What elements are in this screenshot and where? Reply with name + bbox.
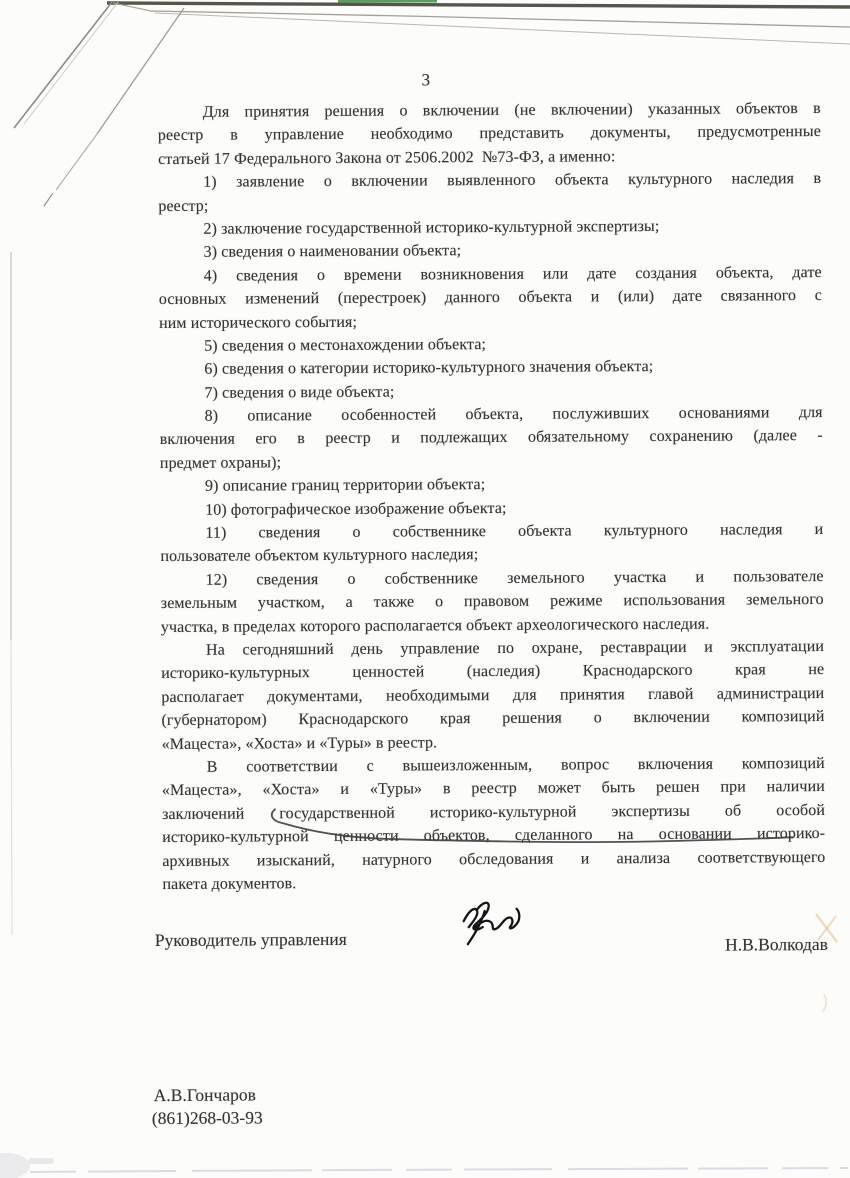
scanned-document-page: 3 Для принятия решения о включении (не в… bbox=[0, 0, 850, 1178]
text-line: (губернатором) Краснодарского края решен… bbox=[161, 705, 824, 732]
signatory-name: Н.В.Волкодав bbox=[693, 934, 828, 956]
text-line: архивных изысканий, натурного обследован… bbox=[162, 845, 825, 872]
page-number: 3 bbox=[421, 70, 430, 90]
signatory-role: Руководитель управления bbox=[155, 929, 347, 951]
text-line: земельным участком, а также о правовом р… bbox=[161, 588, 824, 615]
document-body: Для принятия решения о включении (не вкл… bbox=[158, 97, 826, 896]
text-line: пакета документов. bbox=[162, 869, 825, 896]
text-line: 11) сведения о собственнике объекта куль… bbox=[160, 518, 823, 545]
document-content: 3 Для принятия решения о включении (не в… bbox=[0, 0, 850, 1178]
contact-name: А.В.Гончаров bbox=[154, 1084, 256, 1106]
text-line: включения его в реестр и подлежащих обяз… bbox=[160, 424, 823, 451]
text-line: 1) заявление о включении выявленного объ… bbox=[158, 167, 821, 194]
text-line: основных изменений (перестроек) данного … bbox=[159, 284, 822, 311]
contact-phone: (861)268-03-93 bbox=[152, 1107, 263, 1129]
text-line: историко-культурной ценности объектов, с… bbox=[162, 822, 825, 849]
text-line: реестр в управление необходимо представи… bbox=[158, 120, 821, 147]
